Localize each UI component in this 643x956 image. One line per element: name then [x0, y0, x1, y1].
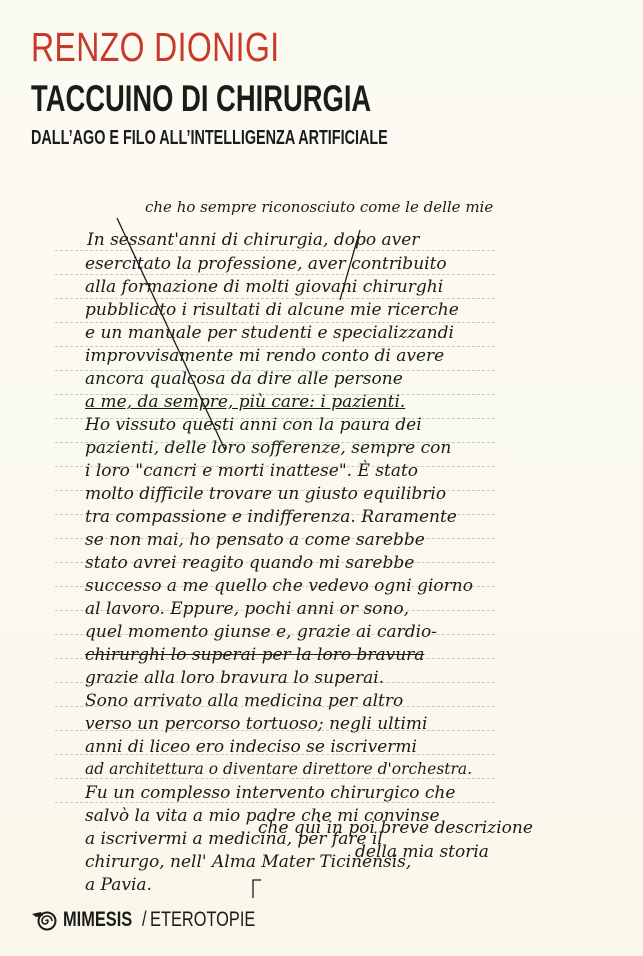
handwritten-line: Sono arrivato alla medicina per altro	[85, 693, 403, 710]
publisher-name: MIMESIS	[63, 908, 132, 932]
handwritten-line: molto difficile trovare un giusto equili…	[85, 486, 446, 503]
handwritten-line: e un manuale per studenti e specializzan…	[85, 325, 454, 342]
handwritten-line: In sessant'anni di chirurgia, dopo aver	[87, 232, 419, 249]
ruled-line	[55, 778, 495, 779]
series-label: / ETEROTOPIE	[142, 908, 255, 932]
handwritten-insert: che ho sempre riconosciuto come le delle…	[145, 200, 493, 215]
ruled-line	[55, 274, 495, 275]
handwritten-line: a me, da sempre, più care: i pazienti.	[85, 394, 405, 411]
handwritten-line-struck: chirurghi lo superai per la loro bravura	[85, 647, 424, 664]
handwritten-line: pazienti, delle loro sofferenze, sempre …	[85, 440, 451, 457]
handwritten-line: esercitato la professione, aver contribu…	[85, 256, 447, 273]
handwritten-line: quel momento giunse e, grazie ai cardio-	[85, 624, 437, 641]
publisher-footer: MIMESIS / ETEROTOPIE	[31, 908, 287, 932]
handwritten-line: improvvisamente mi rendo conto di avere	[85, 348, 444, 365]
handwritten-manuscript: che ho sempre riconosciuto come le delle…	[55, 190, 515, 860]
handwritten-line: stato avrei reagito quando mi sarebbe	[85, 555, 414, 572]
handwritten-line: alla formazione di molti giovani chirurg…	[85, 279, 443, 296]
author-name: RENZO DIONIGI	[31, 27, 279, 68]
handwritten-line: grazie alla loro bravura lo superai.	[85, 670, 384, 687]
handwritten-line: Ho vissuto questi anni con la paura dei	[85, 417, 422, 434]
ruled-line	[55, 250, 495, 251]
handwritten-line: anni di liceo ero indeciso se iscrivermi	[85, 739, 417, 756]
handwritten-line: a Pavia.	[85, 877, 152, 894]
handwritten-line: che qui in poi breve descrizione	[258, 820, 533, 837]
separator: /	[142, 908, 147, 931]
book-title: TACCUINO DI CHIRURGIA	[31, 80, 371, 117]
handwritten-line: tra compassione e indifferenza. Rarament…	[85, 509, 457, 526]
handwritten-line: della mia storia	[355, 844, 489, 861]
handwritten-line: i loro "cancri e morti inattese". È stat…	[85, 463, 418, 480]
snail-spiral-icon	[31, 909, 57, 931]
book-subtitle: DALL’AGO E FILO ALL’INTELLIGENZA ARTIFIC…	[31, 128, 388, 148]
series-name: ETEROTOPIE	[150, 908, 255, 931]
handwritten-line: se non mai, ho pensato a come sarebbe	[85, 532, 425, 549]
book-cover: RENZO DIONIGI TACCUINO DI CHIRURGIA DALL…	[0, 0, 643, 956]
handwritten-line: pubblicato i risultati di alcune mie ric…	[85, 302, 459, 319]
handwritten-line: al lavoro. Eppure, pochi anni or sono,	[85, 601, 409, 618]
handwritten-line: ad architettura o diventare direttore d'…	[85, 762, 472, 778]
handwritten-line: successo a me quello che vedevo ogni gio…	[85, 578, 473, 595]
handwritten-line: verso un percorso tortuoso; negli ultimi	[85, 716, 427, 733]
handwritten-line: ancora qualcosa da dire alle persone	[85, 371, 403, 388]
handwritten-line: Fu un complesso intervento chirurgico ch…	[85, 785, 455, 802]
ruled-line	[55, 298, 495, 299]
